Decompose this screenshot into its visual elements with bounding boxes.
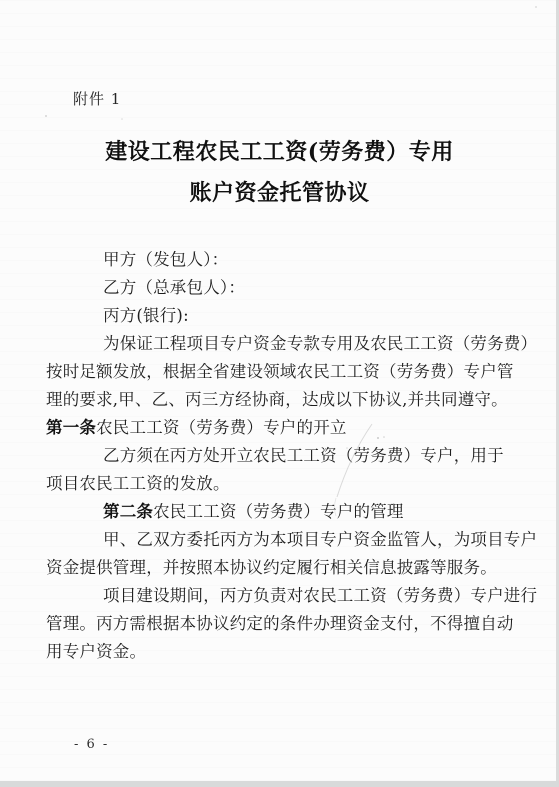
body-line: 甲、乙双方委托丙方为本项目专户资金监管人，为项目专户 bbox=[46, 526, 516, 554]
body-line-text: 农民工工资（劳务费）专户的管理 bbox=[153, 502, 404, 521]
body-line: 按时足额发放，根据全省建设领域农民工工资（劳务费）专户管 bbox=[46, 358, 516, 386]
body-line: 第二条农民工工资（劳务费）专户的管理 bbox=[46, 498, 516, 526]
scan-edge-bottom bbox=[0, 781, 559, 787]
body-line: 管理。丙方需根据本协议约定的条件办理资金支付，不得擅自动 bbox=[46, 610, 516, 638]
body-line-text: 资金提供管理，并按照本协议约定履行相关信息披露等服务。 bbox=[46, 558, 497, 577]
document-title-line1: 建设工程农民工工资(劳务费）专用 bbox=[0, 135, 559, 166]
document-title-line2: 账户资金托管协议 bbox=[0, 176, 559, 207]
body-line-text: 甲、乙双方委托丙方为本项目专户资金监管人，为项目专户 bbox=[103, 530, 537, 549]
body-line-text: 项目建设期间，丙方负责对农民工工资（劳务费）专户进行 bbox=[103, 586, 537, 605]
body-line: 第一条农民工工资（劳务费）专户的开立 bbox=[46, 414, 516, 442]
clause-number: 第二条 bbox=[103, 502, 153, 521]
body-line-text: 乙方（总承包人）： bbox=[103, 278, 245, 297]
body-line-text: 用专户资金。 bbox=[46, 642, 146, 661]
body-line: 项目建设期间，丙方负责对农民工工资（劳务费）专户进行 bbox=[46, 582, 516, 610]
body-line-text: 农民工工资（劳务费）专户的开立 bbox=[96, 418, 347, 437]
page-number: - 6 - bbox=[74, 737, 109, 752]
document-body: 甲方（发包人）：乙方（总承包人）：丙方(银行):为保证工程项目专户资金专款专用及… bbox=[46, 246, 516, 666]
body-line-text: 乙方须在丙方处开立农民工工资（劳务费）专户，用于 bbox=[103, 446, 504, 465]
body-line: 乙方（总承包人）： bbox=[46, 274, 516, 302]
body-line: 乙方须在丙方处开立农民工工资（劳务费）专户，用于 bbox=[46, 442, 516, 470]
body-line: 为保证工程项目专户资金专款专用及农民工工资（劳务费） bbox=[46, 330, 516, 358]
clause-number: 第一条 bbox=[46, 418, 96, 437]
attachment-label: 附件 1 bbox=[73, 88, 121, 109]
document-page: 附件 1 建设工程农民工工资(劳务费）专用 账户资金托管协议 甲方（发包人）：乙… bbox=[0, 0, 559, 787]
body-line: 用专户资金。 bbox=[46, 638, 516, 666]
body-line-text: 管理。丙方需根据本协议约定的条件办理资金支付，不得擅自动 bbox=[46, 614, 514, 633]
body-line-text: 项目农民工工资的发放。 bbox=[46, 474, 230, 493]
body-line: 资金提供管理，并按照本协议约定履行相关信息披露等服务。 bbox=[46, 554, 516, 582]
body-line-text: 为保证工程项目专户资金专款专用及农民工工资（劳务费） bbox=[103, 334, 537, 353]
body-line: 丙方(银行): bbox=[46, 302, 516, 330]
body-line-text: 按时足额发放，根据全省建设领域农民工工资（劳务费）专户管 bbox=[46, 362, 514, 381]
body-line: 甲方（发包人）： bbox=[46, 246, 516, 274]
body-line: 理的要求,甲、乙、丙三方经协商，达成以下协议,并共同遵守。 bbox=[46, 386, 516, 414]
body-line-text: 甲方（发包人）： bbox=[103, 250, 228, 269]
body-line-text: 丙方(银行): bbox=[103, 306, 189, 325]
body-line-text: 理的要求,甲、乙、丙三方经协商，达成以下协议,并共同遵守。 bbox=[46, 390, 508, 409]
body-line: 项目农民工工资的发放。 bbox=[46, 470, 516, 498]
